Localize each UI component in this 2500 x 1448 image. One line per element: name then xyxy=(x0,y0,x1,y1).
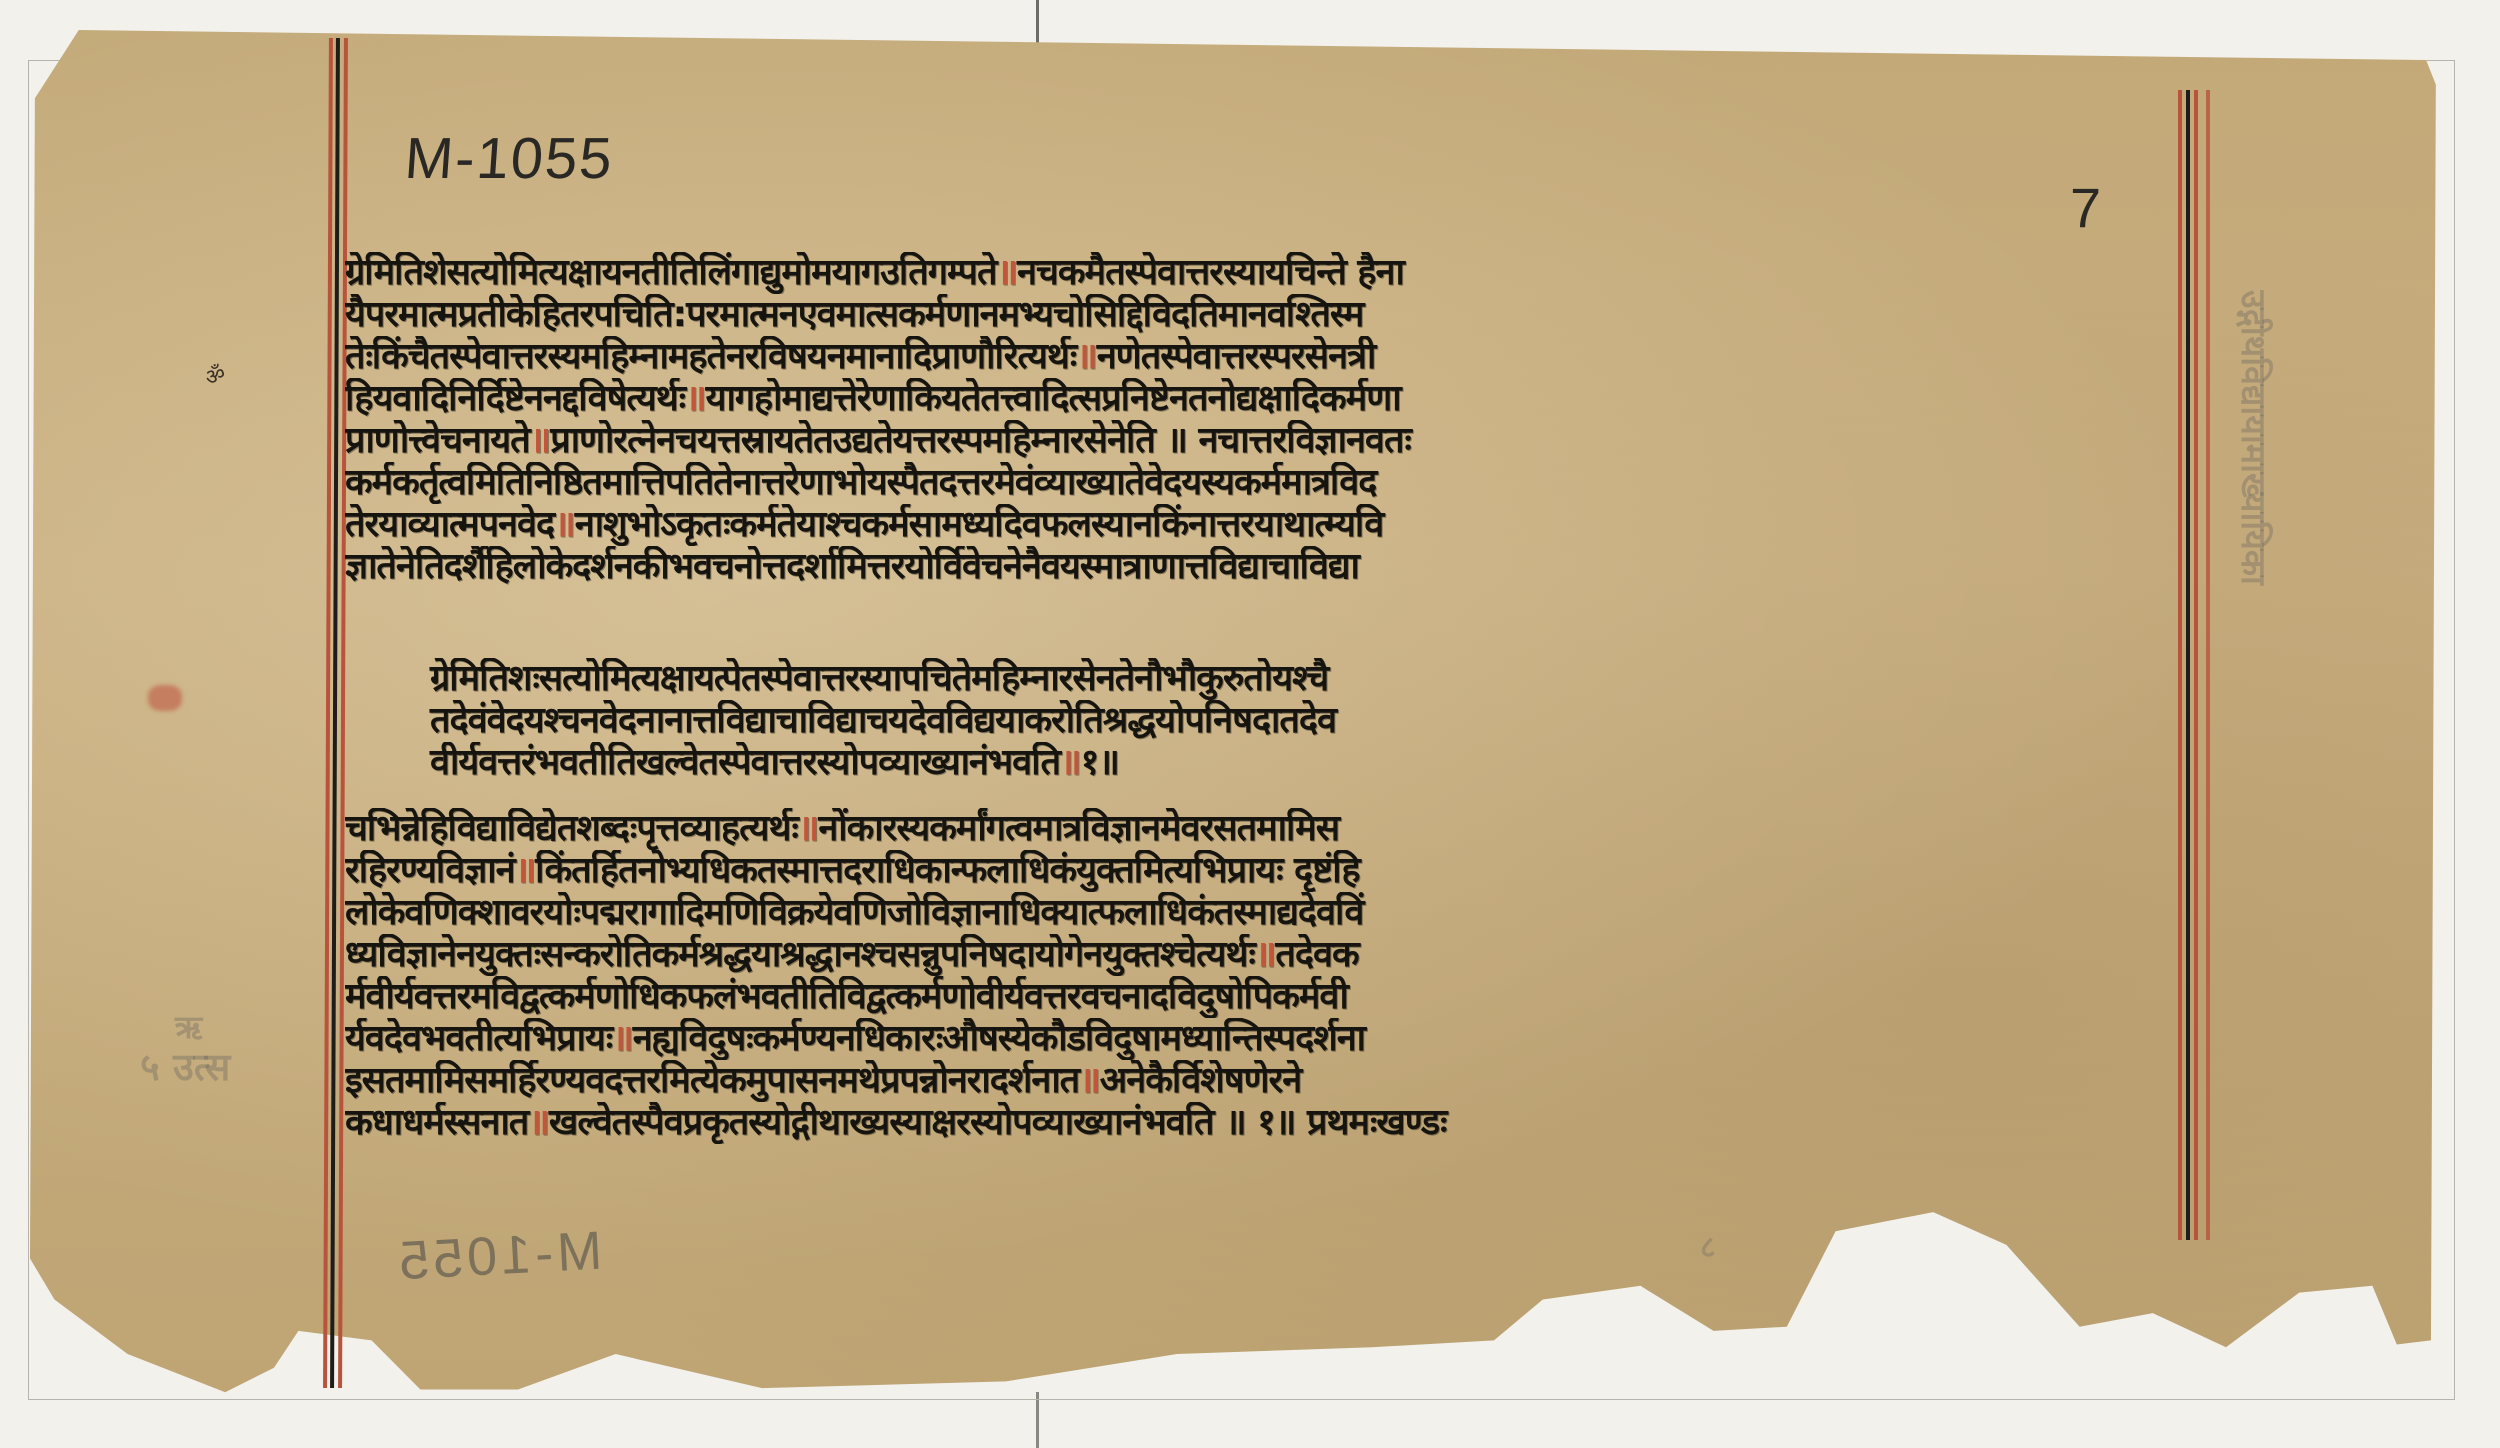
text-line: ग्रेमितिशःसत्योमित्यक्षायत्पेतस्पेवात्तर… xyxy=(345,658,2165,700)
text-line: तेःकिंचैतस्पेवात्तरस्यमहिम्नामहतेनरविषयन… xyxy=(345,336,2165,378)
text-line: यैपरमात्मप्रतीकेहितरपचिति:परमात्मनएवमात्… xyxy=(345,294,2165,336)
text-line: र्मवीर्यवत्तरमविद्वत्कर्मणोधिकफलंभवतीतिव… xyxy=(345,976,2165,1018)
upper-commentary: ग्रेमितिशेसत्योमित्यक्षायनतीतिलिंगाद्युम… xyxy=(345,252,2165,588)
text-line: रहिरण्यविज्ञानं॥किंतर्हितनोभ्यधिकतस्मात्… xyxy=(345,850,2165,892)
root-text: ग्रेमितिशःसत्योमित्यक्षायत्पेतस्पेवात्तर… xyxy=(345,658,2165,784)
background-divider-line xyxy=(1036,1392,1039,1448)
text-line: कर्मकर्तृत्वमितिनिष्ठितमात्तिपतितेनात्तर… xyxy=(345,462,2165,504)
text-line: तदेवंवेदयश्चनवेदनानात्तविद्याचाविद्याचयद… xyxy=(345,700,2165,742)
text-line: ध्यविज्ञानेनयुक्तःसन्करोतिकर्मश्रद्धयाश्… xyxy=(345,934,2165,976)
text-line: ज्ञातेनेतिदर्शैहिलोकेदर्शनकीभवचनोत्तदर्श… xyxy=(345,546,2165,588)
accession-label-mirrored: M-1055 xyxy=(394,1220,604,1293)
text-line: तेरयाव्यात्मपनवेद॥नाशुभोऽकृतःकर्मतेयाश्च… xyxy=(345,504,2165,546)
stain xyxy=(2470,800,2500,910)
text-line: हियवादिनिर्दिष्टेननद्दविषेत्यर्थः॥यागहोम… xyxy=(345,378,2165,420)
margin-rule-red xyxy=(2178,90,2182,1240)
accession-label: M-1055 xyxy=(403,125,616,192)
text-line: इसतमामिसमर्हिरण्यवदत्तरमित्येकमुपासनमथेप… xyxy=(345,1060,2165,1102)
stain xyxy=(2460,610,2500,720)
red-ink-smudge xyxy=(148,685,182,711)
margin-rule-black xyxy=(2186,90,2190,1240)
text-line: लोकेवणिक्शावरयोःपद्मरागादिमणिविक्रयेवणिज… xyxy=(345,892,2165,934)
text-line: कधाधर्मस्सनात॥खल्वेतस्पैवप्रकृतस्योद्गीथ… xyxy=(345,1102,2165,1144)
text-line: चभिन्नेहिविद्याविद्येतशब्दःपृत्तव्याहत्य… xyxy=(345,808,2165,850)
text-line: प्राणोत्त्वेचनायते॥प्राणोरत्नेनचयत्तस्रा… xyxy=(345,420,2165,462)
folio-number: 7 xyxy=(2070,175,2101,240)
bleed-through-text: ८ xyxy=(1700,1225,1716,1266)
bleed-through-text: ऋ xyxy=(175,1005,202,1048)
margin-rule-red xyxy=(2206,90,2210,1240)
margin-rule-red xyxy=(2194,90,2198,1240)
text-line: र्यवदेवभवतीत्यभिप्रायः॥नह्यविदुषःकर्मण्य… xyxy=(345,1018,2165,1060)
text-line: ग्रेमितिशेसत्योमित्यक्षायनतीतिलिंगाद्युम… xyxy=(345,252,2165,294)
lower-commentary: चभिन्नेहिविद्याविद्येतशब्दःपृत्तव्याहत्य… xyxy=(345,808,2165,1144)
bleed-through-text: उद्गीथविद्यायामाख्यायिका xyxy=(2230,290,2276,1070)
text-line: वीर्यवत्तरंभवतीतिखल्वेतस्पेवात्तरस्योपव्… xyxy=(345,742,2165,784)
